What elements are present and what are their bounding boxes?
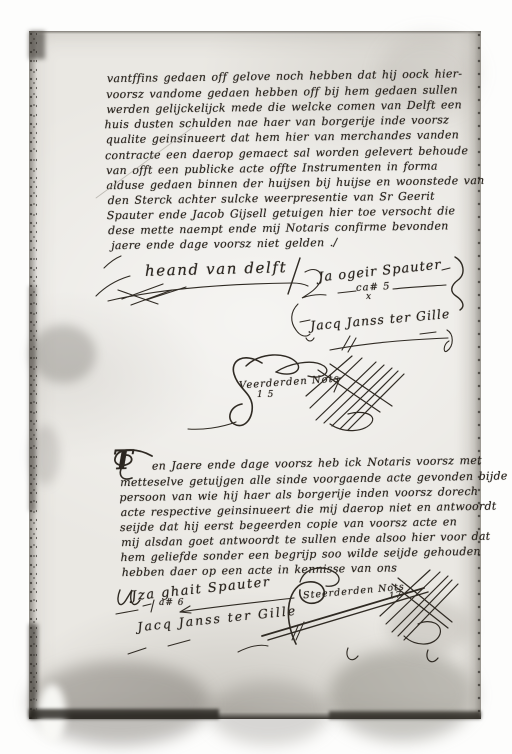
manuscript-page: vantffins gedaen off gelove noch hebben … [29,31,481,719]
scanned-manuscript-screenshot: { "page": { "kind": "handwritten notaria… [0,0,512,754]
notary-number: 17 [389,590,403,601]
merchant-mark: a# 6 [159,598,185,608]
illuminated-initial: T [113,445,134,476]
